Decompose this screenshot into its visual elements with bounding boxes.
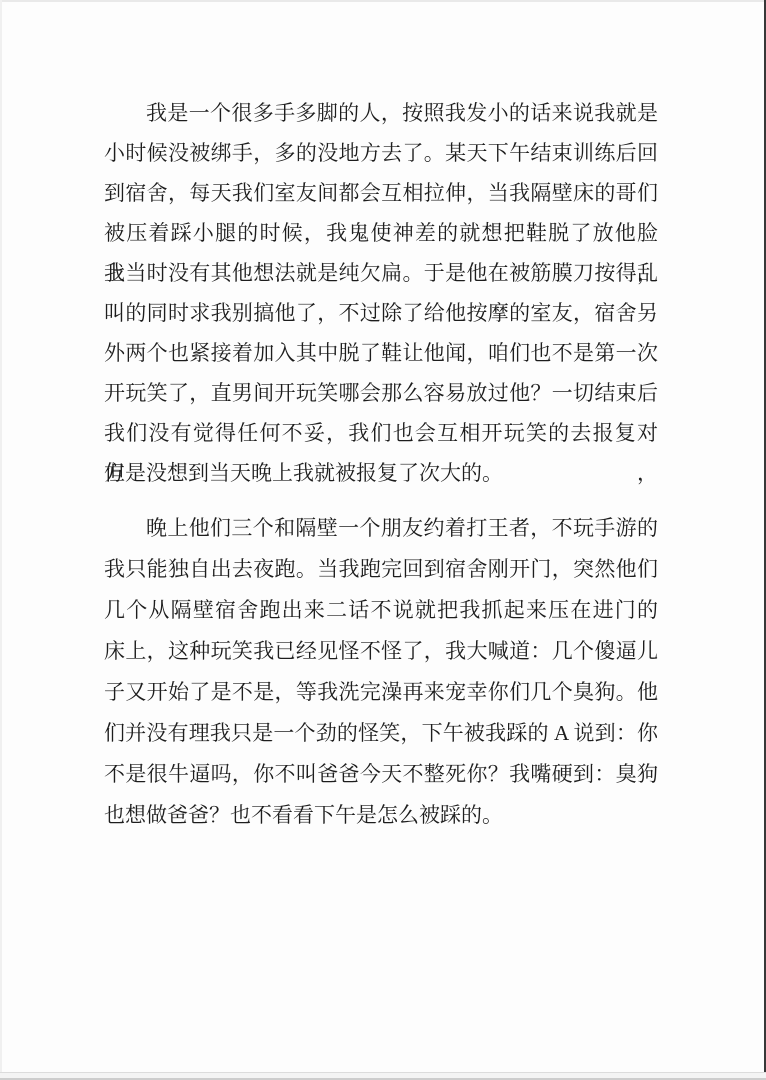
text-line: 床上，这种玩笑我已经见怪不怪了，我大喊道：几个傻逼儿 [104,631,658,672]
text-line: 叫的同时求我别搞他了，不过除了给他按摩的室友，宿舍另 [104,293,658,333]
scan-edge-top [0,0,766,2]
text-line: 被压着踩小腿的时候，我鬼使神差的就想把鞋脱了放他脸上， [104,213,658,253]
text-line: 我是一个很多手多脚的人，按照我发小的话来说我就是 [104,93,658,133]
scan-edge-bottom [0,1072,766,1080]
text-line: 到宿舍，每天我们室友间都会互相拉伸，当我隔壁床的哥们 [104,173,658,213]
scan-edge-left [0,0,2,1080]
text-line: 我们没有觉得任何不妥，我们也会互相开玩笑的去报复对方， [104,413,658,453]
text-line: 我当时没有其他想法就是纯欠扁。于是他在被筋膜刀按得乱 [104,253,658,293]
text-line: 不是很牛逼吗，你不叫爸爸今天不整死你？我嘴硬到：臭狗 [104,754,658,795]
paragraph-1: 我是一个很多手多脚的人，按照我发小的话来说我就是 小时候没被绑手，多的没地方去了… [104,93,658,493]
text-line: 也想做爸爸？也不看看下午是怎么被踩的。 [104,795,658,836]
text-line: 子又开始了是不是，等我洗完澡再来宠幸你们几个臭狗。他 [104,672,658,713]
text-line: 开玩笑了，直男间开玩笑哪会那么容易放过他？一切结束后 [104,373,658,413]
text-line: 外两个也紧接着加入其中脱了鞋让他闻，咱们也不是第一次 [104,333,658,373]
text-block: 我是一个很多手多脚的人，按照我发小的话来说我就是 小时候没被绑手，多的没地方去了… [104,93,658,836]
text-line: 小时候没被绑手，多的没地方去了。某天下午结束训练后回 [104,133,658,173]
text-line: 我只能独自出去夜跑。当我跑完回到宿舍刚开门，突然他们 [104,549,658,590]
text-line: 晚上他们三个和隔壁一个朋友约着打王者，不玩手游的 [104,508,658,549]
paragraph-2: 晚上他们三个和隔壁一个朋友约着打王者，不玩手游的 我只能独自出去夜跑。当我跑完回… [104,508,658,836]
text-line: 几个从隔壁宿舍跑出来二话不说就把我抓起来压在进门的 [104,590,658,631]
scanned-document-page: 我是一个很多手多脚的人，按照我发小的话来说我就是 小时候没被绑手，多的没地方去了… [0,0,766,1080]
text-line: 们并没有理我只是一个劲的怪笑，下午被我踩的 A 说到：你 [104,713,658,754]
